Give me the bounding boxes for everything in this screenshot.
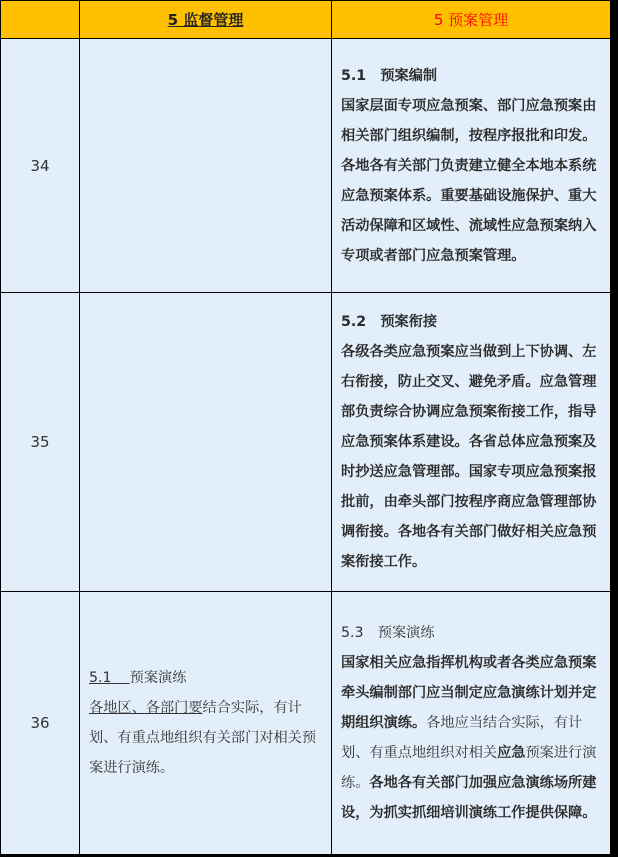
header-new-version: 5 预案管理 (332, 1, 611, 39)
row-number: 35 (1, 293, 80, 592)
deleted-text: 各地区、各部门要 (89, 700, 203, 716)
section-body: 国家层面专项应急预案、部门应急预案由相关部门组织编制，按程序报批和印发。各地各有… (341, 98, 596, 264)
header-new-label: 5 预案管理 (434, 11, 508, 29)
table-row: 35 5.2 预案衔接 各级各类应急预案应当做到上下协调、左右衔接，防止交叉、避… (1, 293, 611, 592)
table-row: 34 5.1 预案编制 国家层面专项应急预案、部门应急预案由相关部门组织编制，按… (1, 39, 611, 293)
old-cell: 5.1 预案演练 各地区、各部门要结合实际，有计划、有重点地组织有关部门对相关预… (80, 592, 332, 855)
old-cell (80, 293, 332, 592)
section-title: 5.3 预案演练 (341, 618, 601, 648)
section-title-text: 预案演练 (130, 670, 187, 686)
section-body: 各级各类应急预案应当做到上下协调、左右衔接，防止交叉、避免矛盾。应急管理部负责综… (341, 344, 596, 570)
section-title: 5.1 预案编制 (341, 61, 601, 91)
comparison-table: 5 监督管理 5 预案管理 34 5.1 预案编制 国家层面专项应急预案、部门应… (0, 0, 611, 855)
section-title: 5.2 预案衔接 (341, 307, 601, 337)
table-row: 36 5.1 预案演练 各地区、各部门要结合实际，有计划、有重点地组织有关部门对… (1, 592, 611, 855)
row-number: 36 (1, 592, 80, 855)
header-old-version: 5 监督管理 (80, 1, 332, 39)
row-number: 34 (1, 39, 80, 293)
old-cell-text (80, 160, 331, 172)
old-cell-text (80, 436, 331, 448)
new-cell: 5.3 预案演练 国家相关应急指挥机构或者各类应急预案牵头编制部门应当制定应急演… (332, 592, 611, 855)
header-old-label: 5 监督管理 (168, 11, 244, 29)
header-number (1, 1, 80, 39)
header-row: 5 监督管理 5 预案管理 (1, 1, 611, 39)
added-text: 各地各有关部门加强应急演练场所建设，为抓实抓细培训演练工作提供保障。 (341, 775, 596, 821)
new-cell: 5.2 预案衔接 各级各类应急预案应当做到上下协调、左右衔接，防止交叉、避免矛盾… (332, 293, 611, 592)
added-text: 应急 (497, 745, 525, 761)
section-title: 5.1 预案演练 (89, 663, 322, 693)
old-cell (80, 39, 332, 293)
new-cell: 5.1 预案编制 国家层面专项应急预案、部门应急预案由相关部门组织编制，按程序报… (332, 39, 611, 293)
section-number: 5.1 (89, 670, 112, 686)
